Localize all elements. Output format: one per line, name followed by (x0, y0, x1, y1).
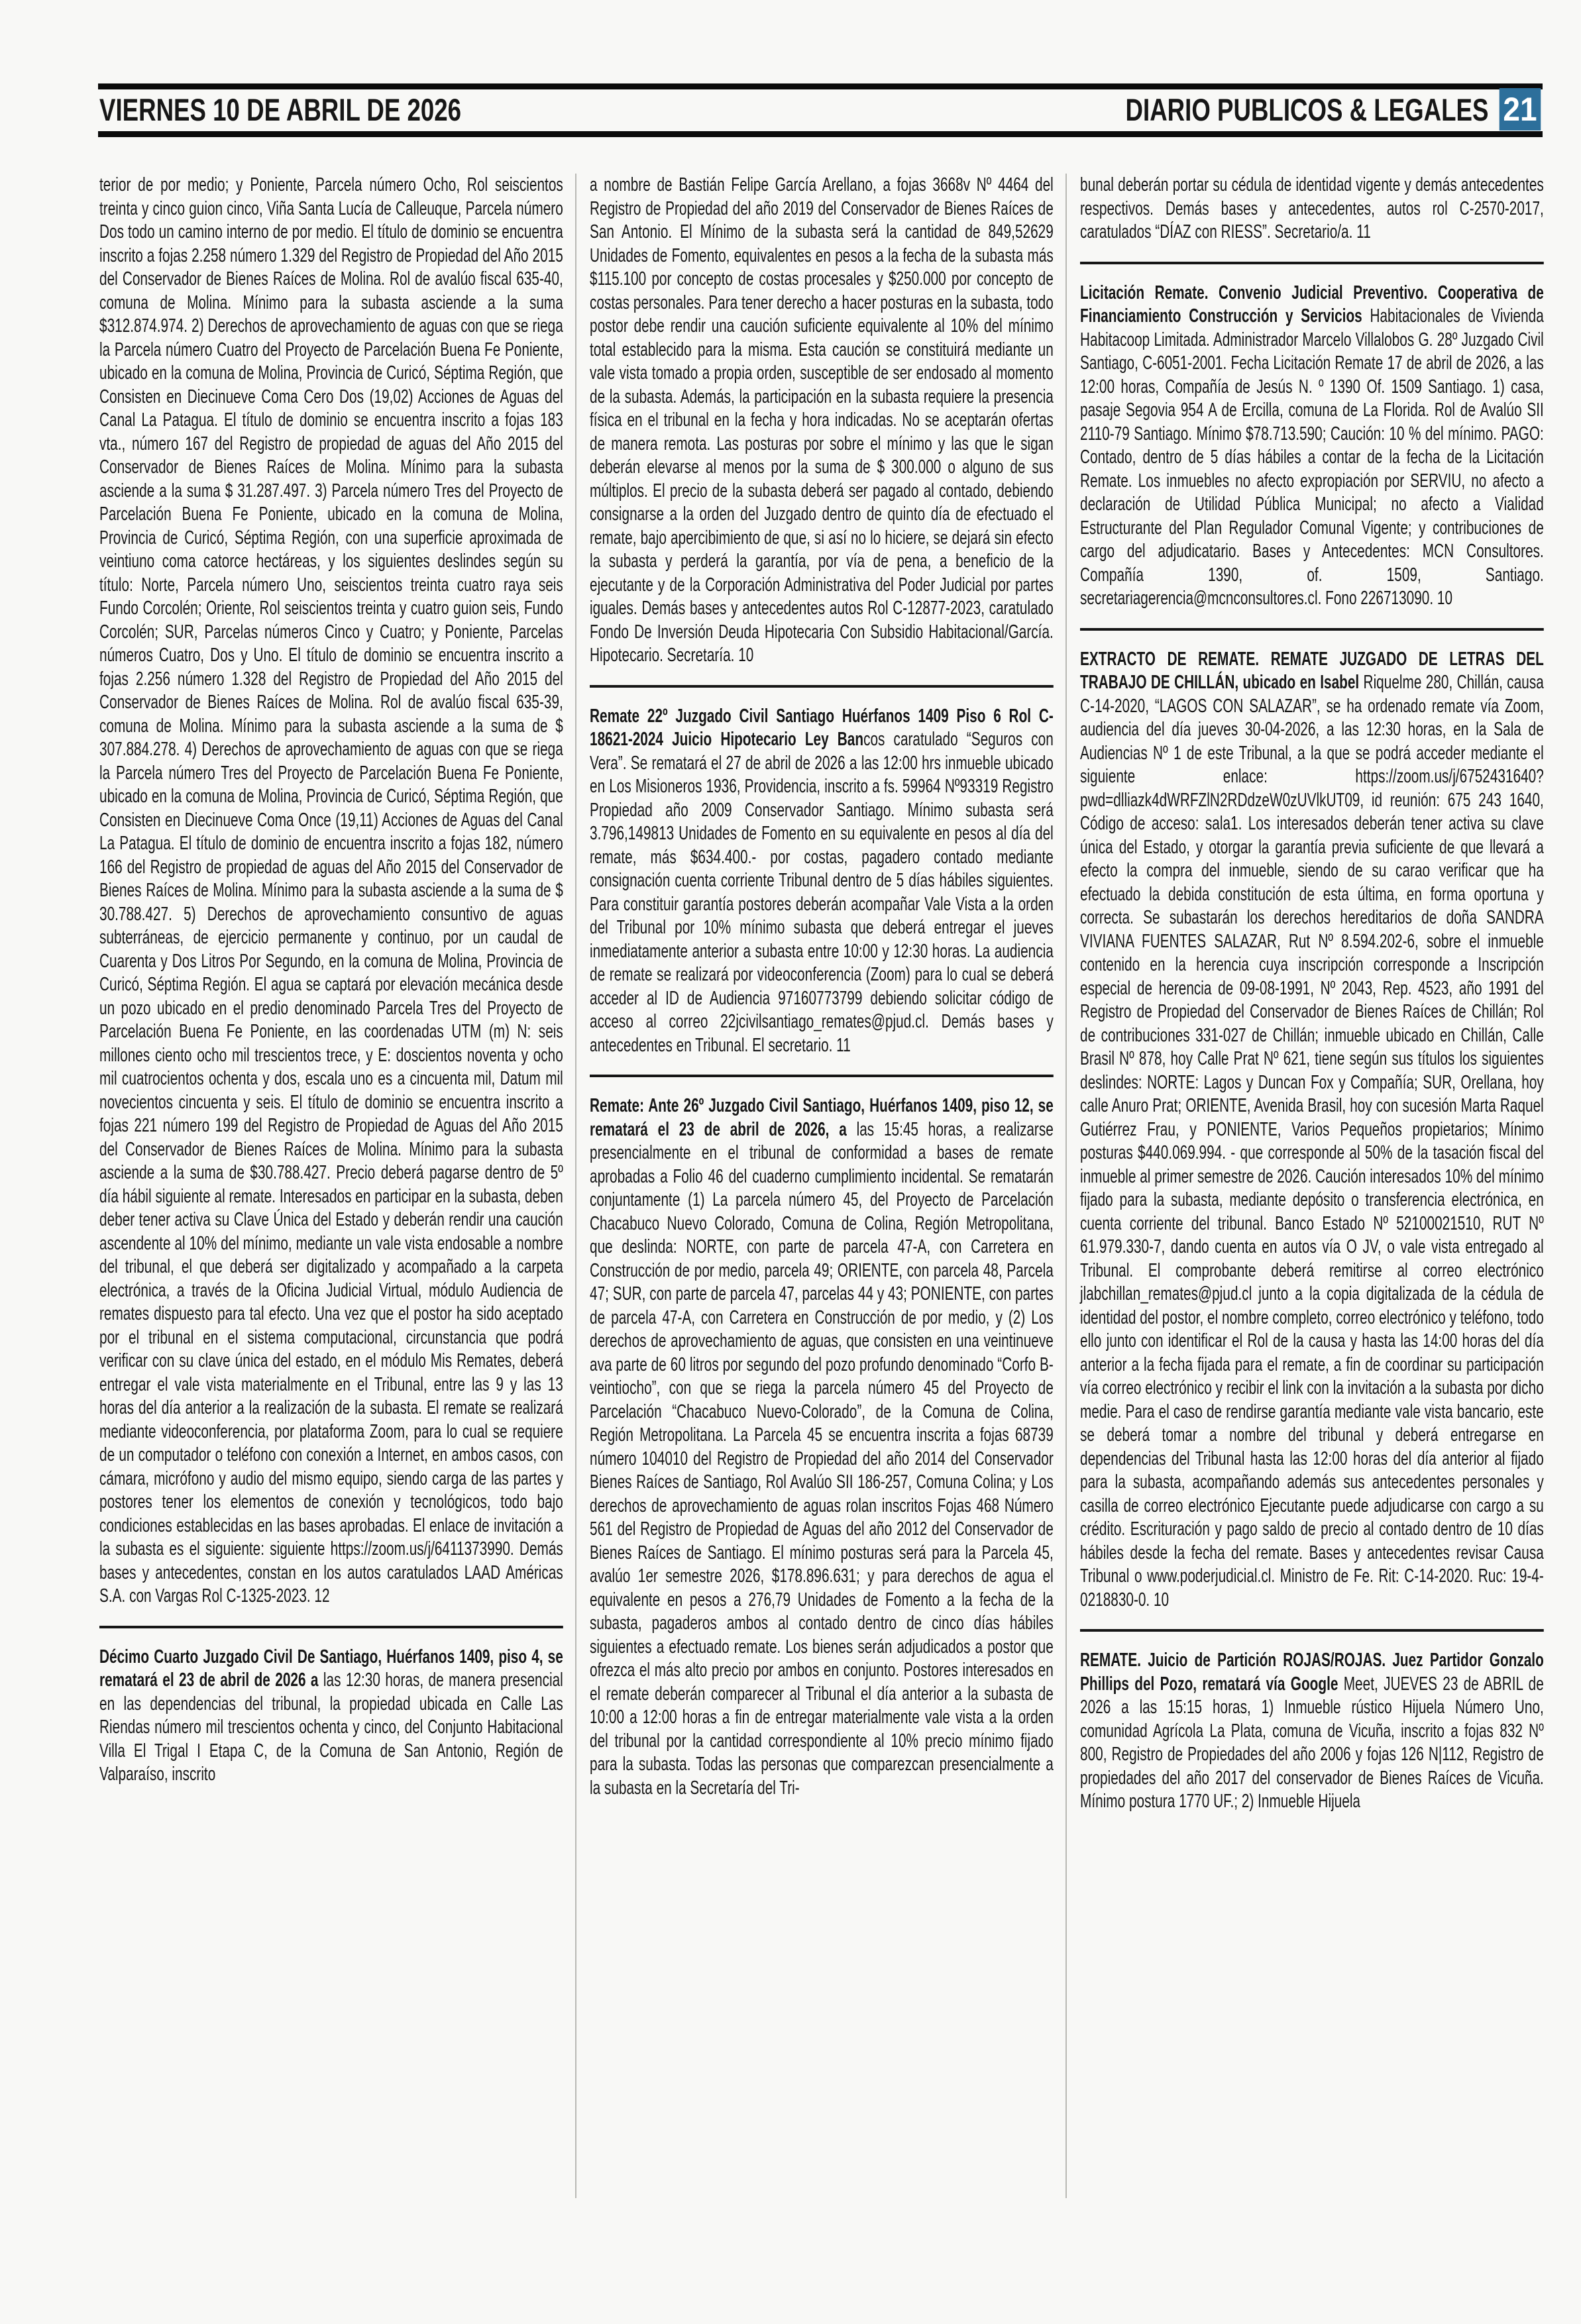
column-1: terior de por medio; y Poniente, Parcela… (99, 174, 563, 1814)
column-3-text: bunal deberán portar su cédula de identi… (1080, 174, 1544, 1814)
notice-continuation: a nombre de Bastián Felipe García Arella… (590, 174, 1054, 668)
notice-continuation: terior de por medio; y Poniente, Parcela… (99, 174, 563, 1609)
column-divider (1065, 174, 1067, 2198)
edition-date: VIERNES 10 DE ABRIL DE 2026 (99, 91, 461, 128)
notice-divider (590, 685, 1054, 688)
column-divider (575, 174, 576, 2198)
legal-notice: Décimo Cuarto Juzgado Civil De Santiago,… (99, 1646, 563, 1787)
notice-lead: Remate: Ante 26º Juzgado Civil Santiago,… (590, 1095, 1054, 1140)
column-1-text: terior de por medio; y Poniente, Parcela… (99, 174, 563, 1787)
notice-divider (1080, 1629, 1544, 1632)
page-number-badge: 21 (1499, 88, 1541, 131)
legal-notice: EXTRACTO DE REMATE. REMATE JUZGADO DE LE… (1080, 648, 1544, 1612)
masthead-group: DIARIO PUBLICOS & LEGALES 21 (1023, 88, 1543, 131)
legal-notice: Licitación Remate. Convenio Judicial Pre… (1080, 282, 1544, 611)
notice-divider (99, 1626, 563, 1628)
column-3: bunal deberán portar su cédula de identi… (1080, 174, 1544, 1814)
header-bottom-rule (98, 131, 1543, 137)
masthead-title: DIARIO PUBLICOS & LEGALES (1125, 91, 1488, 128)
notice-divider (590, 1075, 1054, 1077)
notice-continuation: bunal deberán portar su cédula de identi… (1080, 174, 1544, 244)
notice-divider (1080, 628, 1544, 631)
notice-divider (1080, 262, 1544, 264)
notice-lead: Remate 22º Juzgado Civil Santiago Huérfa… (590, 706, 1054, 751)
page-header: VIERNES 10 DE ABRIL DE 2026 DIARIO PUBLI… (99, 88, 1543, 131)
legal-notice: REMATE. Juicio de Partición ROJAS/ROJAS.… (1080, 1649, 1544, 1814)
notice-lead: REMATE. Juicio de Partición ROJAS/ROJAS.… (1080, 1650, 1544, 1695)
legal-notice: Remate: Ante 26º Juzgado Civil Santiago,… (590, 1094, 1054, 1800)
column-2-text: a nombre de Bastián Felipe García Arella… (590, 174, 1054, 1800)
notice-lead: Décimo Cuarto Juzgado Civil De Santiago,… (99, 1646, 563, 1691)
notice-lead: Licitación Remate. Convenio Judicial Pre… (1080, 282, 1544, 327)
column-2: a nombre de Bastián Felipe García Arella… (590, 174, 1054, 1814)
legal-notice: Remate 22º Juzgado Civil Santiago Huérfa… (590, 705, 1054, 1058)
legal-notices-columns: terior de por medio; y Poniente, Parcela… (99, 174, 1544, 1814)
notice-lead: EXTRACTO DE REMATE. REMATE JUZGADO DE LE… (1080, 649, 1544, 694)
